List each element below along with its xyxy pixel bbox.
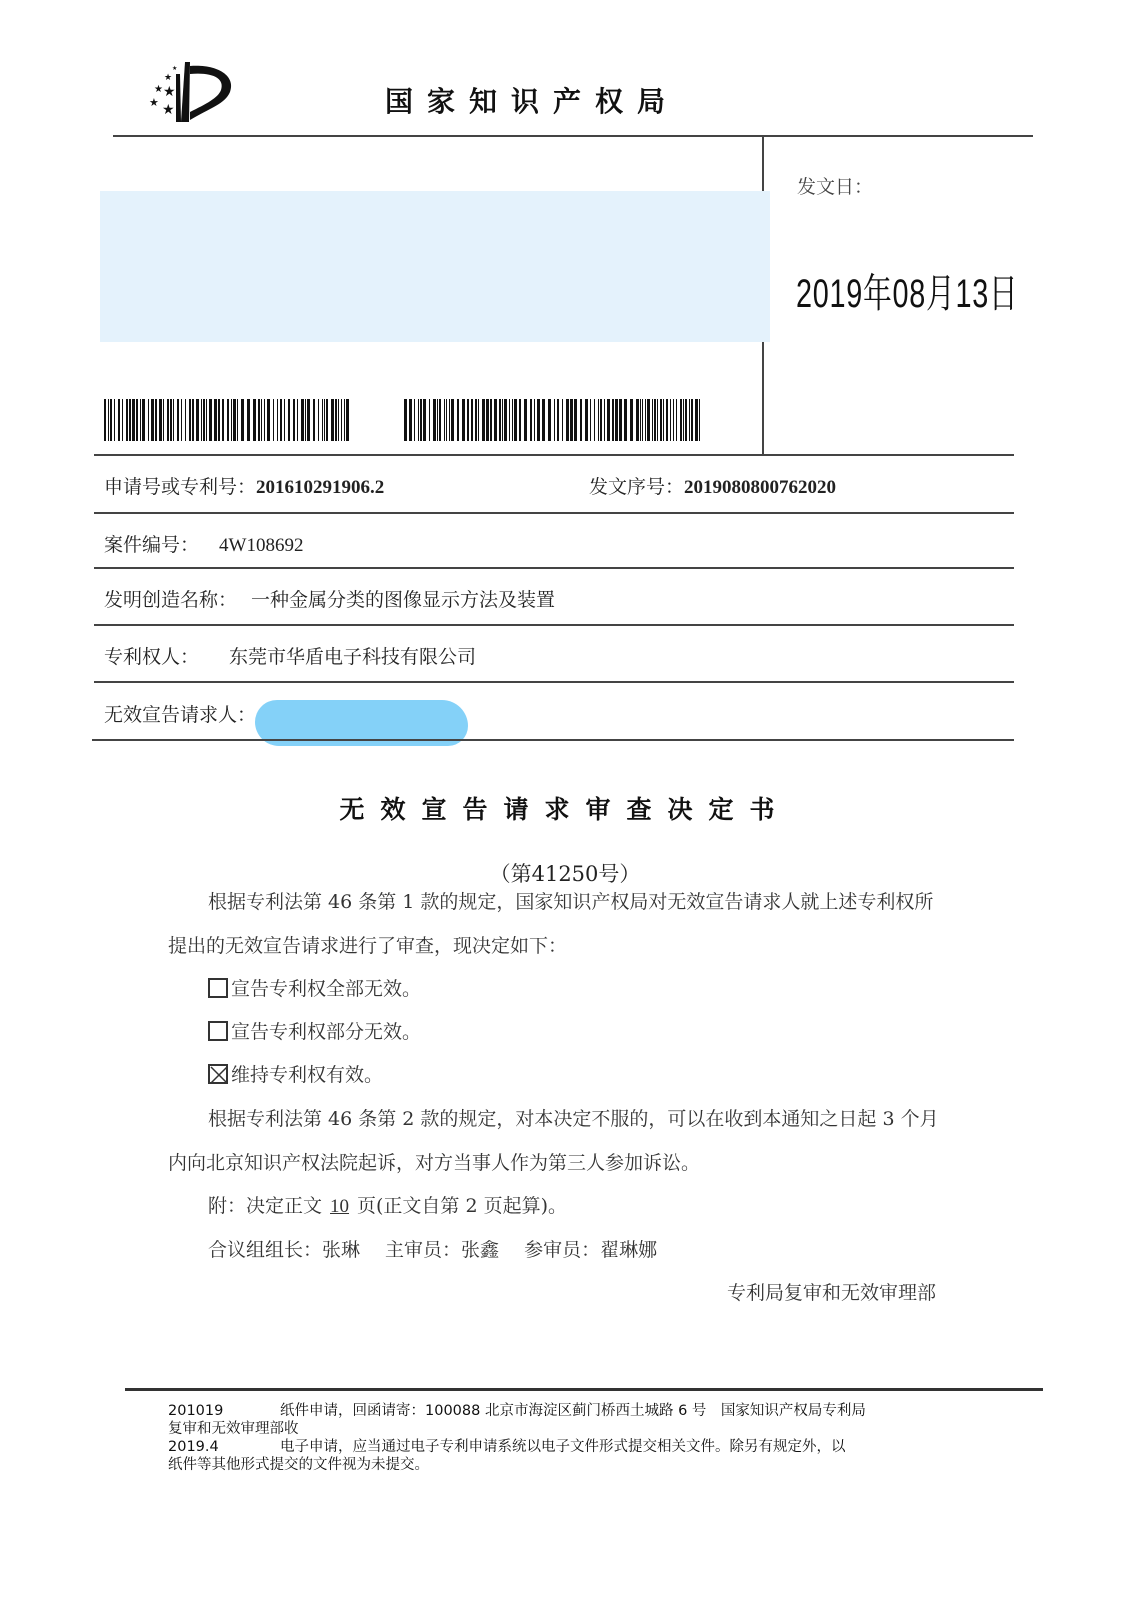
patentee-label: 专利权人： [104,646,199,668]
option-label: 维持专利权有效。 [231,1060,383,1087]
agency-name: 国家知识产权局 [385,80,679,120]
decision-number: （第41250号） [0,858,1130,888]
attachment-suffix: 页(正文自第 2 页起算)。 [357,1195,567,1217]
requester-row: 无效宣告请求人： [104,700,256,727]
svg-text:★: ★ [162,102,175,118]
issue-date-label: 发文日： [797,172,873,199]
attachment-pages: 10 [322,1196,357,1217]
patentee-value: 东莞市华盾电子科技有限公司 [229,646,476,668]
row-divider [94,567,1014,569]
decision-title: 无效宣告请求审查决定书 [0,790,1130,826]
svg-text:★: ★ [154,84,163,95]
serial-number-row: 发文序号：2019080800762020 [589,472,836,499]
patentee-row: 专利权人：东莞市华盾电子科技有限公司 [104,642,476,669]
row-divider [94,454,1014,456]
option-invalidate-partial: 宣告专利权部分无效。 [208,1017,421,1044]
issue-date: 2019年08月13日 [796,262,1018,319]
paragraph-2-line-1: 根据专利法第 46 条第 2 款的规定，对本决定不服的，可以在收到本通知之日起 … [208,1104,939,1131]
footer-form-code: 201019 [168,1402,280,1420]
row-divider [92,739,1014,741]
svg-text:★: ★ [172,65,177,72]
footer-line-2: 2019.4电子申请，应当通过电子专利申请系统以电子文件形式提交相关文件。除另有… [168,1438,968,1456]
checkbox-unchecked-icon [208,978,228,998]
requester-label: 无效宣告请求人： [104,704,256,726]
footer-line-1: 201019纸件申请，回函请寄：100088 北京市海淀区蓟门桥西土城路 6 号… [168,1402,968,1420]
case-number-row: 案件编号：4W108692 [104,530,303,557]
panel-members: 合议组组长：张琳 主审员：张鑫 参审员：翟琳娜 [208,1235,657,1262]
serial-number-label: 发文序号： [589,476,684,498]
serial-number-value: 2019080800762020 [684,477,836,498]
footer-form-version: 2019.4 [168,1438,280,1456]
application-number-label: 申请号或专利号： [104,476,256,498]
row-divider [94,512,1014,514]
case-number-value: 4W108692 [219,535,303,556]
invention-name-value: 一种金属分类的图像显示方法及装置 [251,589,555,611]
cnipa-logo-icon: ★ ★ ★ ★ ★ ★ [148,62,238,126]
option-label: 宣告专利权全部无效。 [231,974,421,1001]
footer-divider [125,1388,1043,1391]
row-divider [94,624,1014,626]
barcode-right [404,399,704,441]
svg-text:★: ★ [163,84,176,100]
option-maintain-valid: 维持专利权有效。 [208,1060,383,1087]
footer-electronic-filing-cont: 纸件等其他形式提交的文件视为未提交。 [168,1456,968,1474]
issuing-department: 专利局复审和无效审理部 [727,1278,936,1305]
invention-name-label: 发明创造名称： [104,589,237,611]
application-number-value: 201610291906.2 [256,477,384,498]
application-number-row: 申请号或专利号：201610291906.2 [104,472,384,499]
footer-electronic-filing: 电子申请，应当通过电子专利申请系统以电子文件形式提交相关文件。除另有规定外，以 [280,1439,846,1455]
option-label: 宣告专利权部分无效。 [231,1017,421,1044]
footer-paper-filing: 纸件申请，回函请寄：100088 北京市海淀区蓟门桥西土城路 6 号 国家知识产… [280,1403,866,1419]
svg-text:★: ★ [149,96,159,109]
header-divider [113,135,1033,137]
attachment-line: 附：决定正文10页(正文自第 2 页起算)。 [208,1191,567,1218]
barcode-left [104,399,352,441]
recipient-address-redaction [100,191,770,342]
footer-paper-filing-cont: 复审和无效审理部收 [168,1420,968,1438]
paragraph-1-line-2: 提出的无效宣告请求进行了审查，现决定如下： [168,931,567,958]
checkbox-checked-x-icon [208,1064,228,1084]
invention-name-row: 发明创造名称：一种金属分类的图像显示方法及装置 [104,585,555,612]
checkbox-unchecked-icon [208,1021,228,1041]
row-divider [94,681,1014,683]
option-invalidate-all: 宣告专利权全部无效。 [208,974,421,1001]
paragraph-2-line-2: 内向北京知识产权法院起诉，对方当事人作为第三人参加诉讼。 [168,1148,700,1175]
paragraph-1-line-1: 根据专利法第 46 条第 1 款的规定，国家知识产权局对无效宣告请求人就上述专利… [208,887,933,914]
attachment-prefix: 附：决定正文 [208,1195,322,1217]
case-number-label: 案件编号： [104,534,199,556]
footer-notes: 201019纸件申请，回函请寄：100088 北京市海淀区蓟门桥西土城路 6 号… [168,1402,968,1474]
svg-text:★: ★ [164,73,172,83]
